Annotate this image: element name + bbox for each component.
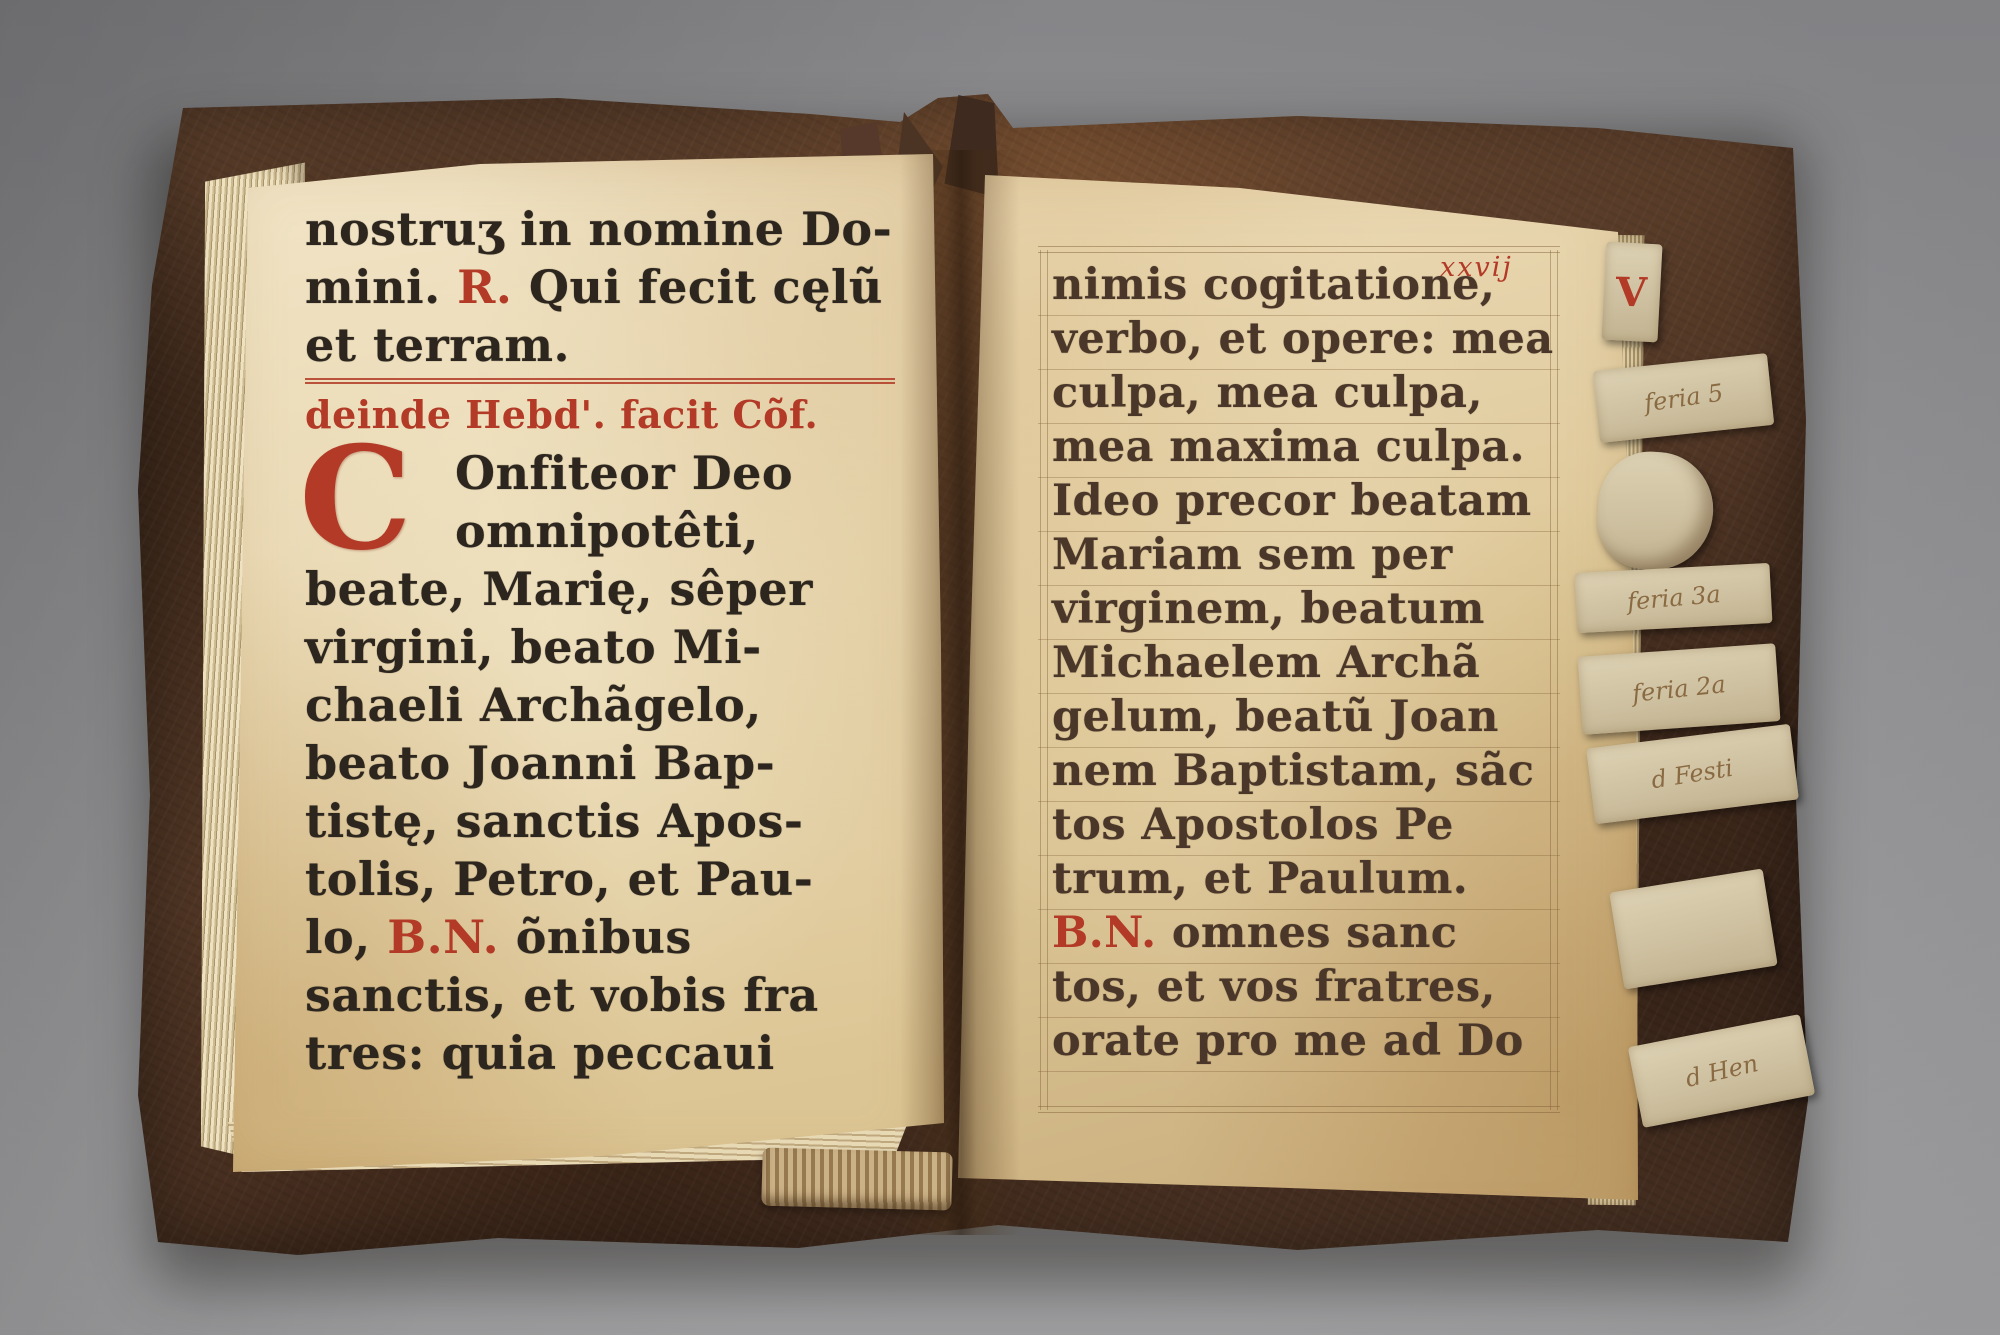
body-text: sanctis, et vobis fra [305,968,819,1022]
manuscript-line: culpa, mea culpa, [1052,366,1557,420]
manuscript-line: nem Baptistam, sãc [1052,744,1557,798]
body-text: Michaelem Archã [1052,638,1480,688]
body-text: Qui fecit cęlũ [512,260,883,314]
index-tab: feria 3a [1575,563,1773,633]
manuscript-line: et terram. [305,316,920,374]
body-text: Onfiteor Deo [455,446,793,500]
body-text: nem Baptistam, sãc [1052,746,1534,796]
manuscript-line: lo, B.N. õnibus [305,908,920,966]
manuscript-line: tolis, Petro, et Pau- [305,850,920,908]
manuscript-line: virginem, beatum [1052,582,1557,636]
folio-number: xxvij [1440,252,1513,283]
body-text: verbo, et opere: mea [1052,314,1554,364]
manuscript-line: B.N. omnes sanc [1052,906,1557,960]
body-text: tres: quia peccaui [305,1026,775,1080]
ruling-bottom-border [1038,1106,1560,1113]
body-text: õnibus [499,910,692,964]
body-text: tos, et vos fratres, [1052,962,1496,1012]
red-double-rule [305,378,895,384]
manuscript-line: tres: quia peccaui [305,1024,920,1082]
body-text: tos Apostolos Pe [1052,800,1454,850]
manuscript-line: omnipotêti, [305,502,920,560]
tab-label: d Hen [1682,1049,1760,1093]
tab-label: feria 3a [1626,580,1722,616]
right-page-text: nimis cogitatione,verbo, et opere: meacu… [1052,258,1557,1068]
manuscript-line: nostruʒ in nomine Do- [305,200,920,258]
body-text: Ideo precor beatam [1052,476,1531,526]
rubricated-text: R. [457,260,512,314]
left-page-text: nostruʒ in nomine Do-mini. R. Qui fecit … [305,200,920,1082]
body-text: orate pro me ad Do [1052,1016,1524,1066]
body-text: nimis cogitatione, [1052,260,1495,310]
body-text: beato Joanni Bap- [305,736,775,790]
manuscript-line: mini. R. Qui fecit cęlũ [305,258,920,316]
tab-label: d Festi [1650,754,1736,795]
manuscript-line: beato Joanni Bap- [305,734,920,792]
manuscript-line: Michaelem Archã [1052,636,1557,690]
index-tab: V [1601,242,1662,343]
body-text: culpa, mea culpa, [1052,368,1483,418]
body-text: gelum, beatũ Joan [1052,692,1499,742]
body-text: virgini, beato Mi- [305,620,762,674]
body-text: Mariam sem per [1052,530,1453,580]
body-text: omnipotêti, [455,504,759,558]
body-text: et terram. [305,318,570,372]
manuscript-line: virgini, beato Mi- [305,618,920,676]
manuscript-line: tos Apostolos Pe [1052,798,1557,852]
index-tab: feria 2a [1578,643,1781,735]
body-text: mini. [305,260,457,314]
rubricated-text: B.N. [387,910,499,964]
body-text: omnes sanc [1156,908,1457,958]
manuscript-line: mea maxima culpa. [1052,420,1557,474]
body-text: tistę, sanctis Apos- [305,794,803,848]
tab-label: feria 2a [1631,670,1727,708]
manuscript-line: tistę, sanctis Apos- [305,792,920,850]
tab-label: feria 5 [1642,379,1725,418]
manuscript-line: trum, et Paulum. [1052,852,1557,906]
photograph: nostruʒ in nomine Do-mini. R. Qui fecit … [0,0,2000,1335]
exposed-sewing-cords [761,1148,952,1211]
body-text: beate, Marię, sêper [305,562,813,616]
body-text: trum, et Paulum. [1052,854,1468,904]
manuscript-line: Mariam sem per [1052,528,1557,582]
manuscript-line: verbo, et opere: mea [1052,312,1557,366]
body-text: nostruʒ in nomine Do- [305,202,892,256]
manuscript-line: orate pro me ad Do [1052,1014,1557,1068]
body-text: chaeli Archãgelo, [305,678,762,732]
body-text: virginem, beatum [1052,584,1485,634]
tab-label: V [1616,268,1648,316]
manuscript-line: COnfiteor Deo [305,444,920,502]
manuscript-line: Ideo precor beatam [1052,474,1557,528]
margin-line-left [1040,250,1048,1110]
manuscript-line: tos, et vos fratres, [1052,960,1557,1014]
body-text: tolis, Petro, et Pau- [305,852,813,906]
manuscript-line: beate, Marię, sêper [305,560,920,618]
rubricated-text: B.N. [1052,908,1156,958]
body-text: lo, [305,910,387,964]
body-text: mea maxima culpa. [1052,422,1525,472]
manuscript-line: gelum, beatũ Joan [1052,690,1557,744]
manuscript-line: sanctis, et vobis fra [305,966,920,1024]
manuscript-line: chaeli Archãgelo, [305,676,920,734]
